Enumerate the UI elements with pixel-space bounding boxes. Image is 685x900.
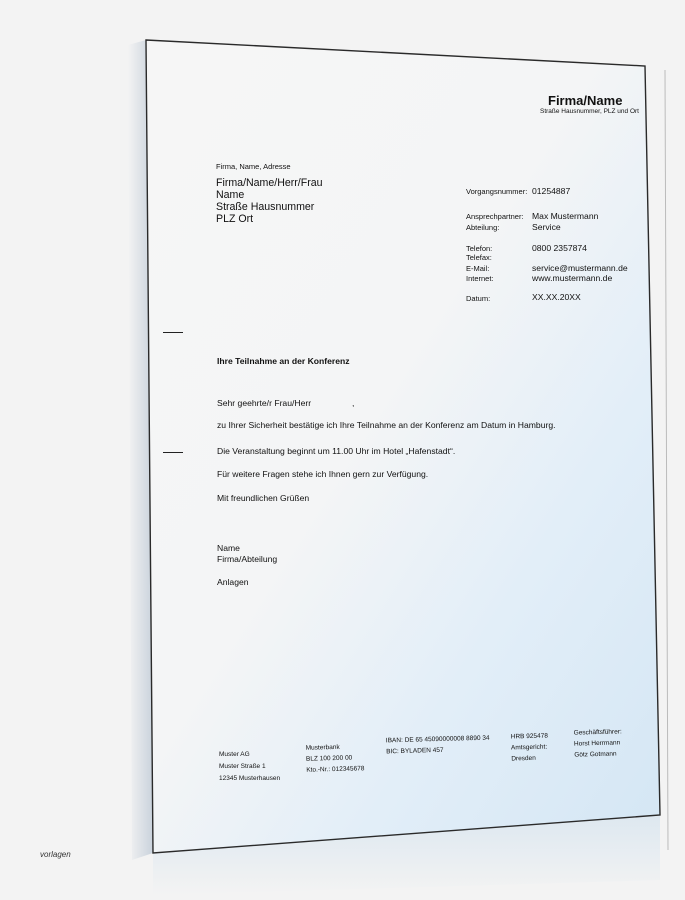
footer-line: 12345 Musterhausen [219, 773, 280, 785]
info-label: Telefon: [466, 244, 492, 253]
info-label: Datum: [466, 294, 490, 303]
info-value: service@mustermann.de [532, 263, 628, 273]
info-label: E-Mail: [466, 264, 489, 273]
footer-bank: Musterbank BLZ 100 200 00 Kto.-Nr.: 0123… [306, 741, 365, 776]
footer-line: Dresden [511, 753, 549, 765]
info-value: 0800 2357874 [532, 243, 587, 253]
body-paragraph: zu Ihrer Sicherheit bestätige ich Ihre T… [217, 420, 556, 430]
closing: Mit freundlichen Grüßen [217, 493, 309, 503]
info-label: Abteilung: [466, 223, 499, 232]
salutation-comma: , [352, 398, 354, 408]
info-value: Max Mustermann [532, 211, 598, 221]
signature-name: Name [217, 543, 240, 553]
footer-company: Muster AG Muster Straße 1 12345 Musterha… [219, 749, 280, 785]
company-address: Straße Hausnummer, PLZ und Ort [540, 108, 639, 115]
subject-line: Ihre Teilnahme an der Konferenz [217, 356, 350, 366]
info-value: www.mustermann.de [532, 273, 612, 283]
footer-register: HRB 925478 Amtsgericht: Dresden [511, 731, 549, 765]
footer-iban: IBAN: DE 65 45090000008 8890 34 BIC: BYL… [386, 733, 490, 758]
fold-mark [163, 452, 183, 453]
info-value: XX.XX.20XX [532, 292, 581, 302]
sender-line: Firma, Name, Adresse [216, 162, 291, 171]
salutation: Sehr geehrte/r Frau/Herr [217, 398, 311, 408]
footer-line: Muster Straße 1 [219, 761, 280, 773]
company-name: Firma/Name [548, 93, 622, 108]
footer-line: Götz Gotmann [574, 748, 622, 760]
attachments-label: Anlagen [217, 577, 249, 587]
recipient-line: Firma/Name/Herr/Frau [216, 177, 323, 189]
info-label: Ansprechpartner: [466, 212, 524, 221]
body-paragraph: Die Veranstaltung beginnt um 11.00 Uhr i… [217, 446, 455, 456]
recipient-line: Straße Hausnummer [216, 201, 323, 213]
info-value: 01254887 [532, 186, 570, 196]
fold-mark [163, 332, 183, 333]
footer-line: Amtsgericht: [511, 742, 549, 754]
recipient-line: Name [216, 189, 323, 201]
footer-line: Muster AG [219, 749, 280, 761]
info-value: Service [532, 222, 561, 232]
info-label: Internet: [466, 274, 494, 283]
recipient-address: Firma/Name/Herr/Frau Name Straße Hausnum… [216, 177, 323, 225]
info-label: Telefax: [466, 253, 492, 262]
signature-department: Firma/Abteilung [217, 554, 277, 564]
footer-management: Geschäftsführer: Horst Herrmann Götz Got… [574, 726, 623, 760]
watermark: vorlagen [40, 850, 71, 859]
recipient-line: PLZ Ort [216, 213, 323, 225]
info-label: Vorgangsnummer: [466, 187, 527, 196]
body-paragraph: Für weitere Fragen stehe ich Ihnen gern … [217, 469, 428, 479]
footer-line: Kto.-Nr.: 012345678 [306, 763, 364, 776]
